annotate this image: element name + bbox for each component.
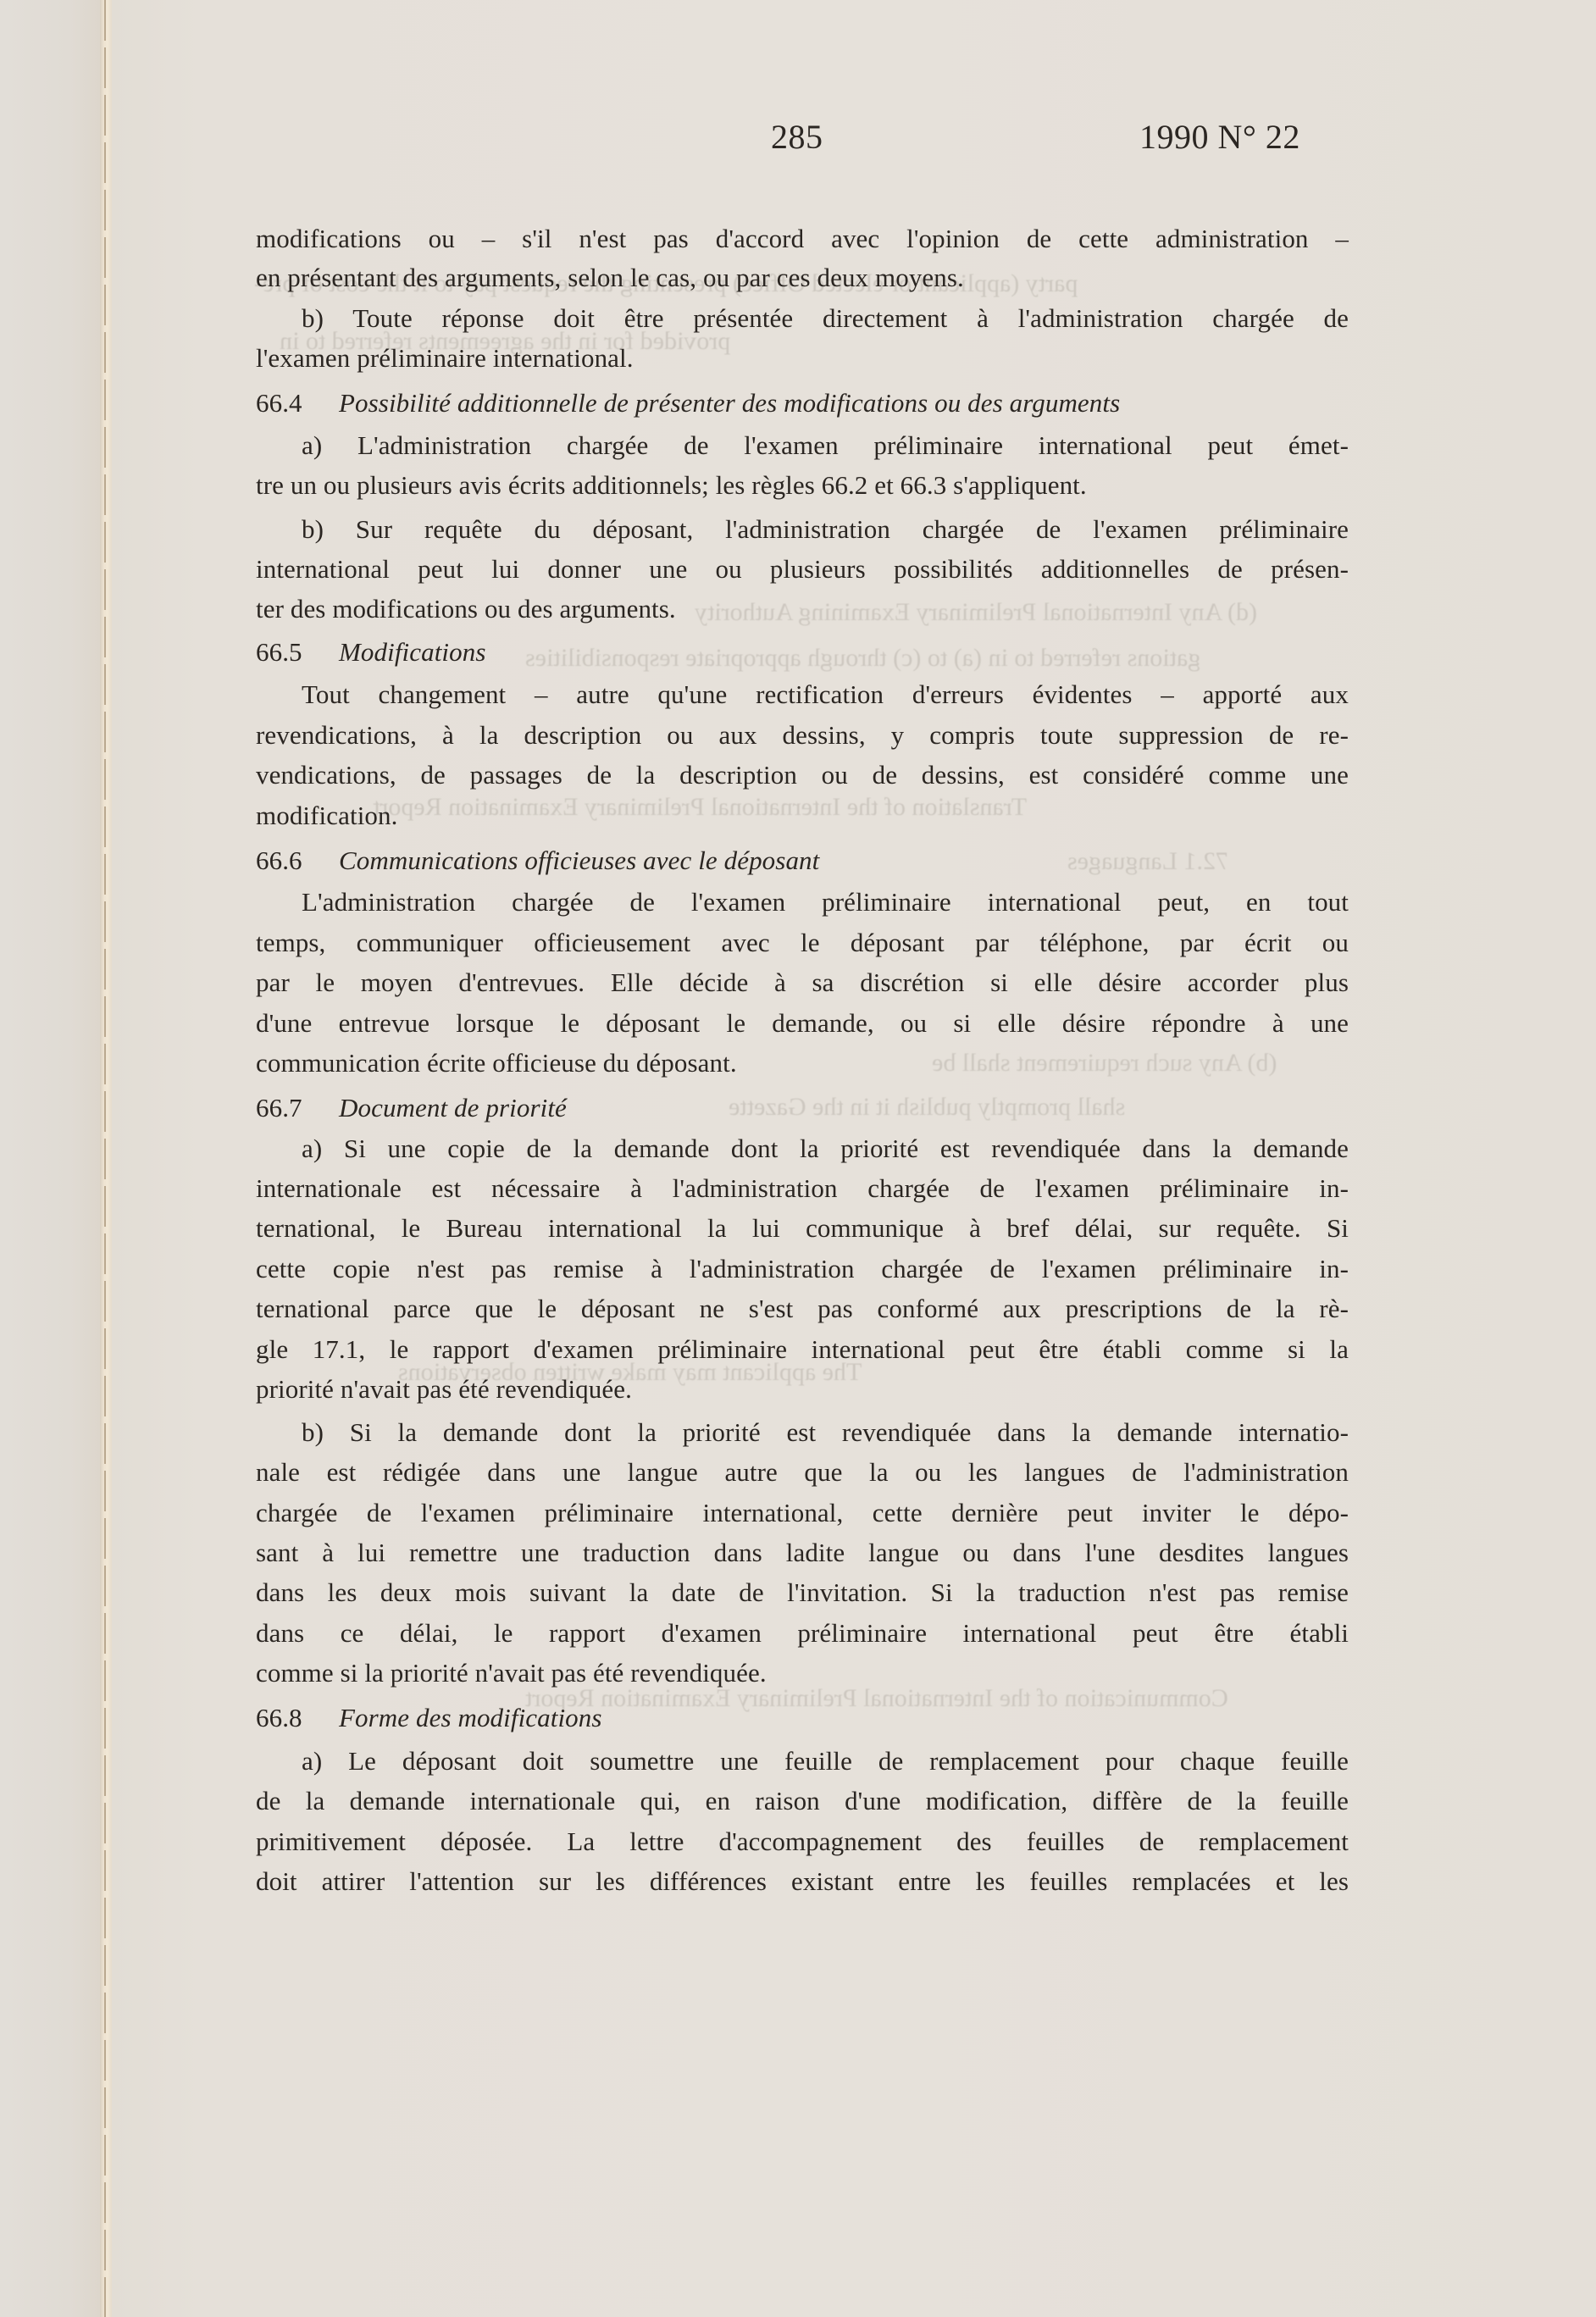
text-line: temps, communiquer officieusement avec l… xyxy=(256,928,1349,958)
text-line: b) Si la demande dont la priorité est re… xyxy=(302,1417,1349,1448)
text-line: primitivement déposée. La lettre d'accom… xyxy=(256,1826,1349,1857)
text-line: tre un ou plusieurs avis écrits addition… xyxy=(256,470,1087,501)
text-line: sant à lui remettre une traduction dans … xyxy=(256,1538,1349,1568)
show-through-text: (b) Any such requirement shall be xyxy=(932,1049,1277,1078)
text-line: ter des modifications ou des arguments. xyxy=(256,594,676,624)
text-line: revendications, à la description ou aux … xyxy=(256,720,1349,751)
text-line: b) Sur requête du déposant, l'administra… xyxy=(302,514,1349,545)
text-line: de la demande internationale qui, en rai… xyxy=(256,1786,1349,1816)
show-through-text: Communication of the International Preli… xyxy=(525,1684,1228,1713)
text-line: priorité n'avait pas été revendiquée. xyxy=(256,1374,632,1405)
text-line: vendications, de passages de la descript… xyxy=(256,760,1349,790)
text-line: gle 17.1, le rapport d'examen préliminai… xyxy=(256,1334,1349,1365)
rule-title: Possibilité additionnelle de présenter d… xyxy=(339,388,1120,418)
rule-heading-66-6: 66.6Communications officieuses avec le d… xyxy=(256,845,819,876)
show-through-text: 72.1 Languages xyxy=(1067,847,1228,876)
text-line: comme si la priorité n'avait pas été rev… xyxy=(256,1658,767,1688)
text-line: international peut lui donner une ou plu… xyxy=(256,554,1349,585)
text-line: modifications ou – s'il n'est pas d'acco… xyxy=(256,224,1349,254)
rule-title: Forme des modifications xyxy=(339,1703,602,1732)
text-line: ternational, le Bureau international la … xyxy=(256,1213,1349,1244)
text-line: en présentant des arguments, selon le ca… xyxy=(256,263,964,293)
text-line: b) Toute réponse doit être présentée dir… xyxy=(302,303,1349,334)
text-line: modification. xyxy=(256,801,397,831)
text-line: par le moyen d'entrevues. Elle décide à … xyxy=(256,967,1349,998)
text-line: dans ce délai, le rapport d'examen préli… xyxy=(256,1618,1349,1649)
rule-heading-66-5: 66.5Modifications xyxy=(256,637,486,668)
rule-title: Modifications xyxy=(339,637,486,667)
rule-number: 66.6 xyxy=(256,845,339,876)
text-line: a) Si une copie de la demande dont la pr… xyxy=(302,1134,1349,1164)
rule-title: Document de priorité xyxy=(339,1093,567,1122)
rule-heading-66-4: 66.4Possibilité additionnelle de présent… xyxy=(256,388,1120,419)
rule-number: 66.7 xyxy=(256,1093,339,1123)
facing-page-edge xyxy=(0,0,100,2317)
show-through-text: shall promptly publish it in the Gazette xyxy=(729,1093,1125,1122)
text-line: a) L'administration chargée de l'examen … xyxy=(302,430,1349,461)
text-line: doit attirer l'attention sur les différe… xyxy=(256,1866,1349,1897)
text-line: internationale est nécessaire à l'admini… xyxy=(256,1173,1349,1204)
book-spine xyxy=(100,0,112,2317)
text-line: a) Le déposant doit soumettre une feuill… xyxy=(302,1746,1349,1777)
show-through-text: gations referred to in (a) to (c) throug… xyxy=(525,644,1200,673)
rule-title: Communications officieuses avec le dépos… xyxy=(339,845,819,875)
text-line: d'une entrevue lorsque le déposant le de… xyxy=(256,1008,1349,1039)
text-line: cette copie n'est pas remise à l'adminis… xyxy=(256,1254,1349,1284)
text-line: communication écrite officieuse du dépos… xyxy=(256,1048,737,1078)
text-line: Tout changement – autre qu'une rectifica… xyxy=(302,679,1349,710)
text-line: ternational parce que le déposant ne s'e… xyxy=(256,1294,1349,1324)
rule-number: 66.4 xyxy=(256,388,339,419)
issue-number: 1990 N° 22 xyxy=(1139,117,1300,157)
text-line: nale est rédigée dans une langue autre q… xyxy=(256,1457,1349,1488)
rule-number: 66.5 xyxy=(256,637,339,668)
rule-heading-66-8: 66.8Forme des modifications xyxy=(256,1703,602,1733)
rule-heading-66-7: 66.7Document de priorité xyxy=(256,1093,567,1123)
text-line: chargée de l'examen préliminaire interna… xyxy=(256,1498,1349,1528)
text-line: l'examen préliminaire international. xyxy=(256,343,634,374)
rule-number: 66.8 xyxy=(256,1703,339,1733)
show-through-text: (d) Any International Preliminary Examin… xyxy=(695,598,1257,627)
text-line: L'administration chargée de l'examen pré… xyxy=(302,887,1349,917)
page-number: 285 xyxy=(771,117,823,157)
text-line: dans les deux mois suivant la date de l'… xyxy=(256,1577,1349,1608)
show-through-text: Translation of the International Prelimi… xyxy=(373,793,1027,822)
binding-stitch xyxy=(104,0,106,2317)
